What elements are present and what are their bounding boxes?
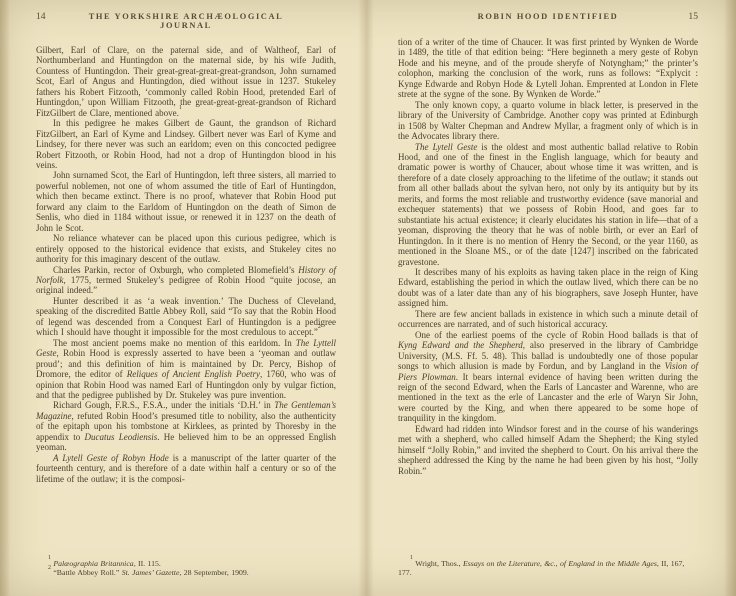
- footnote: 1 Palæographia Britannica, II. 115.: [36, 559, 336, 569]
- paragraph: A Lytell Geste of Robyn Hode is a manusc…: [36, 453, 336, 484]
- paragraph: No reliance whatever can be placed upon …: [36, 233, 336, 264]
- running-title-left: THE YORKSHIRE ARCHÆOLOGICAL JOURNAL: [70, 12, 302, 30]
- paragraph: Richard Gough, F.R.S., F.S.A., under the…: [36, 400, 336, 452]
- paragraph: The most ancient poems make no mention o…: [36, 338, 336, 401]
- footnote: 2 “Battle Abbey Roll.” St. James’ Gazett…: [36, 568, 336, 578]
- page-body-left: Gilbert, Earl of Clare, on the paternal …: [36, 45, 336, 553]
- footnotes-left: 1 Palæographia Britannica, II. 115. 2 “B…: [36, 553, 336, 578]
- paragraph: tion of a writer of the time of Chaucer.…: [398, 37, 698, 100]
- paragraph: There are few ancient ballads in existen…: [398, 309, 698, 330]
- paragraph: One of the earliest poems of the cycle o…: [398, 330, 698, 424]
- footnotes-right: 1 Wright, Thos., Essays on the Literatur…: [398, 553, 698, 578]
- paragraph: The only known copy, a quarto volume in …: [398, 100, 698, 142]
- paragraph: It describes many of his exploits as hav…: [398, 267, 698, 309]
- page-edge-left: [0, 0, 10, 596]
- paragraph: Charles Parkin, rector of Oxburgh, who c…: [36, 265, 336, 296]
- running-head-left: 14 THE YORKSHIRE ARCHÆOLOGICAL JOURNAL: [36, 11, 336, 30]
- running-head-right: ROBIN HOOD IDENTIFIED 15: [398, 11, 698, 22]
- footnote: 1 Wright, Thos., Essays on the Literatur…: [398, 559, 698, 578]
- page-left: 14 THE YORKSHIRE ARCHÆOLOGICAL JOURNAL G…: [10, 0, 358, 596]
- book-spread: 14 THE YORKSHIRE ARCHÆOLOGICAL JOURNAL G…: [0, 0, 736, 596]
- paragraph: The Lytell Geste is the oldest and most …: [398, 142, 698, 267]
- page-number-left: 14: [36, 11, 70, 22]
- book-gutter-shadow: [358, 0, 374, 596]
- paragraph: Gilbert, Earl of Clare, on the paternal …: [36, 45, 336, 118]
- page-body-right: tion of a writer of the time of Chaucer.…: [398, 37, 698, 553]
- page-edge-right: [724, 0, 736, 596]
- paragraph: John surnamed Scot, the Earl of Huntingd…: [36, 170, 336, 233]
- paragraph: Hunter described it as ‘a weak invention…: [36, 296, 336, 338]
- running-title-right: ROBIN HOOD IDENTIFIED: [432, 12, 664, 21]
- paragraph: Edward had ridden into Windsor forest an…: [398, 424, 698, 476]
- page-right: ROBIN HOOD IDENTIFIED 15 tion of a write…: [374, 0, 724, 596]
- page-number-right: 15: [664, 11, 698, 22]
- paragraph: In this pedigree he makes Gilbert de Gau…: [36, 118, 336, 170]
